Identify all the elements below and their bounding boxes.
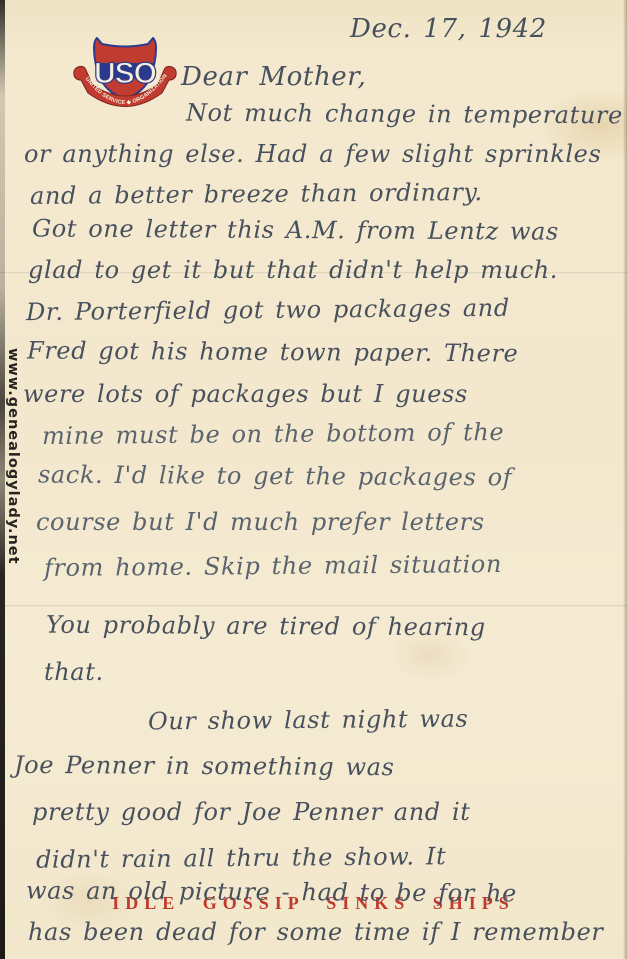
letter-line: Fred got his home town paper. There (27, 336, 519, 367)
letter-line: has been dead for some time if I remembe… (28, 918, 603, 946)
scan-edge-right (623, 0, 627, 959)
letter-line: or anything else. Had a few slight sprin… (24, 140, 601, 168)
letter-line: course but I'd much prefer letters (36, 508, 485, 536)
letter-line: didn't rain all thru the show. It (36, 842, 446, 874)
letter-line: glad to get it but that didn't help much… (28, 256, 558, 284)
letter-line: Not much change in temperature (186, 99, 623, 130)
watermark: www.genealogylady.net (5, 348, 21, 565)
letter-line: was an old picture - had to be for he (26, 877, 517, 908)
letter-line: pretty good for Joe Penner and it (32, 798, 470, 826)
letter-line: sack. I'd like to get the packages of (38, 461, 512, 492)
letter-line: Got one letter this A.M. from Lentz was (32, 214, 559, 245)
uso-acronym: USO (94, 57, 157, 90)
uso-logo: USO UNITED SERVICE ◆ ORGANIZATIONS (72, 36, 178, 118)
letter-line: were lots of packages but I guess (23, 380, 468, 408)
letter-line: that. (44, 658, 104, 686)
letter-line: from home. Skip the mail situation (44, 550, 502, 582)
letter-line: mine must be on the bottom of the (42, 418, 504, 450)
salutation: Dear Mother, (181, 62, 366, 92)
letter-date: Dec. 17, 1942 (350, 14, 547, 44)
letter-line: Joe Penner in something was (14, 751, 395, 781)
letter-line: You probably are tired of hearing (46, 611, 486, 642)
scan-edge-left (0, 0, 5, 959)
letter-line: Dr. Porterfield got two packages and (26, 294, 510, 326)
fold-crease (0, 605, 627, 608)
letter-line: Our show last night was (148, 705, 469, 736)
letter-line: and a better breeze than ordinary. (30, 178, 483, 210)
letter-page: USO UNITED SERVICE ◆ ORGANIZATIONS IDLE … (0, 0, 627, 959)
